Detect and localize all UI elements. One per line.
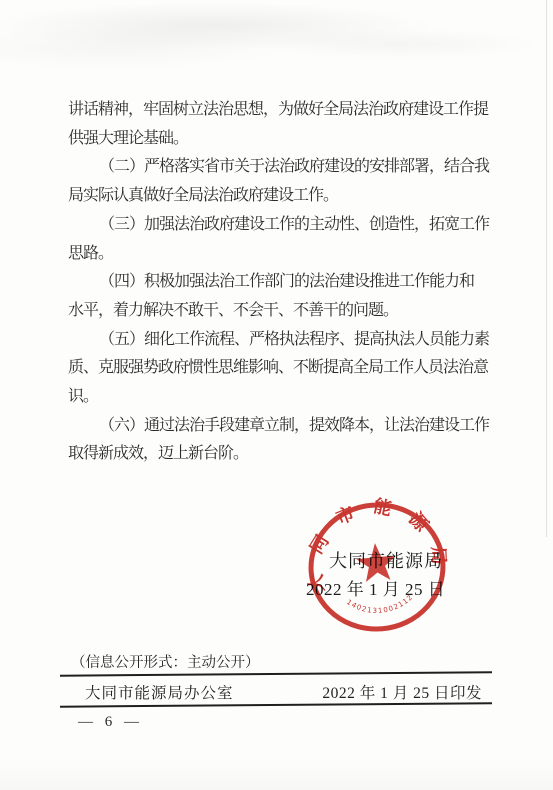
body-line: 取得新成效，迈上新台阶。 xyxy=(68,440,492,469)
document-body: 讲话精神，牢固树立法治思想，为做好全局法治政府建设工作提 供强大理论基础。 （二… xyxy=(68,96,492,469)
seal-arc-text: 大同市能源局 xyxy=(297,491,451,594)
footer-info-disclosure: （信息公开形式：主动公开） xyxy=(71,651,260,672)
footer-divider-top xyxy=(60,671,492,676)
body-line: （五）细化工作流程、严格执法程序、提高执法人员能力素 xyxy=(68,326,492,355)
seal-code: 1402131002112 xyxy=(345,592,417,617)
footer-print-date: 2022 年 1 月 25 日印发 xyxy=(322,681,482,703)
star-icon xyxy=(355,541,398,582)
body-line: 供强大理论基础。 xyxy=(68,125,492,154)
body-line: 讲话精神，牢固树立法治思想，为做好全局法治政府建设工作提 xyxy=(68,96,492,125)
footer-office: 大同市能源局办公室 xyxy=(85,681,234,703)
body-line: 质、克服强势政府惯性思维影响、不断提高全局工作人员法治意 xyxy=(68,354,492,383)
official-seal: 大同市能源局 1402131002112 xyxy=(296,491,458,644)
footer-divider-bottom xyxy=(60,702,492,708)
body-line: 水平，着力解决不敢干、不会干、不善干的问题。 xyxy=(68,297,492,326)
body-line: （二）严格落实省市关于法治政府建设的安排部署，结合我 xyxy=(68,153,492,182)
footer-row: 大同市能源局办公室 2022 年 1 月 25 日印发 xyxy=(85,681,482,703)
body-line: 思路。 xyxy=(68,240,492,269)
body-line: 识。 xyxy=(68,383,492,412)
page-number: — 6 — xyxy=(78,714,143,731)
body-line: （六）通过法治手段建章立制，提效降本，让法治建设工作 xyxy=(68,412,492,441)
body-line: （三）加强法治政府建设工作的主动性、创造性，拓宽工作 xyxy=(68,211,492,240)
scan-edge-artifact xyxy=(546,0,547,537)
body-line: 局实际认真做好全局法治政府建设工作。 xyxy=(68,182,492,211)
body-line: （四）积极加强法治工作部门的法治建设推进工作能力和 xyxy=(68,268,492,297)
scanned-document-page: 讲话精神，牢固树立法治思想，为做好全局法治政府建设工作提 供强大理论基础。 （二… xyxy=(0,0,553,790)
